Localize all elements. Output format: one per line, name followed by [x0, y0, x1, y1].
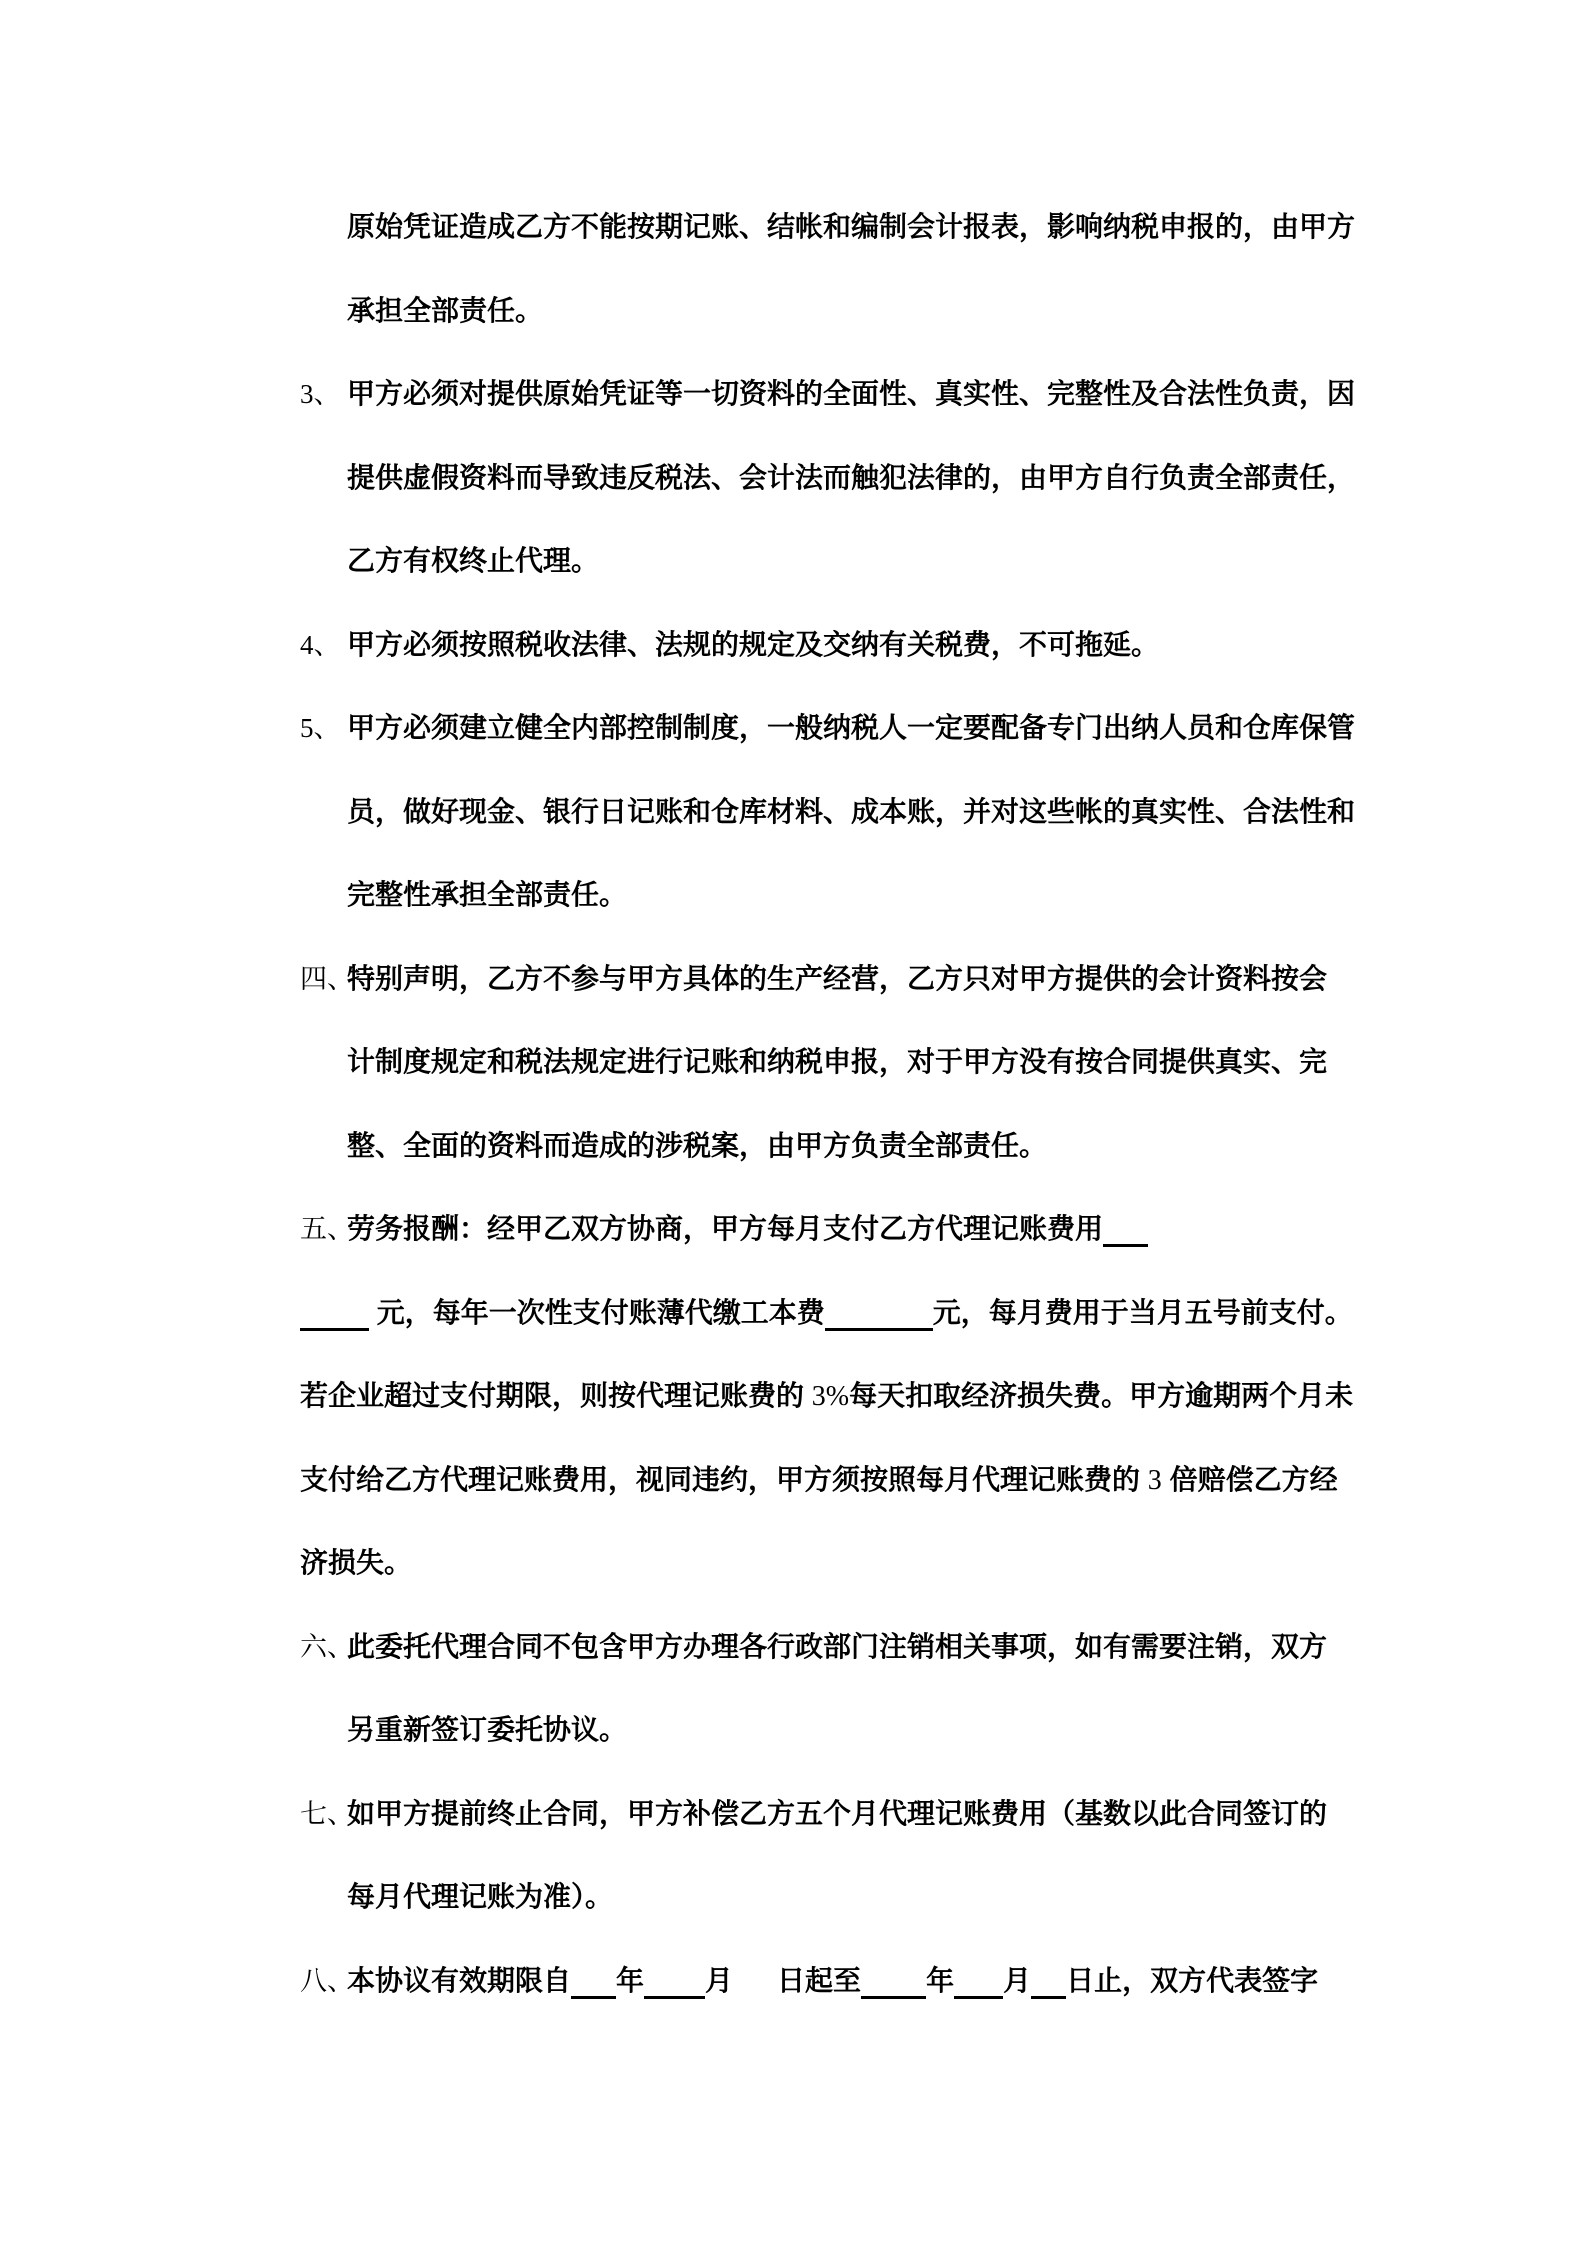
document-line: 承担全部责任。 — [0, 269, 1586, 353]
fill-in-blank — [1103, 1210, 1148, 1247]
text-segment: 甲方必须按照税收法律、法规的规定及交纳有关税费，不可拖延。 — [347, 629, 1159, 660]
fill-in-blank — [571, 1962, 616, 1999]
text-segment: 倍赔偿乙方经 — [1162, 1464, 1338, 1495]
list-marker: 4、 — [300, 604, 347, 688]
document-line: 3、甲方必须对提供原始凭证等一切资料的全面性、真实性、完整性及合法性负责，因 — [0, 352, 1586, 436]
list-marker: 四、 — [300, 938, 347, 1022]
text-segment: 此委托代理合同不包含甲方办理各行政部门注销相关事项，如有需要注销，双方 — [347, 1631, 1327, 1662]
fill-in-blank — [644, 1962, 705, 1999]
document-line: 元，每年一次性支付账薄代缴工本费元，每月费用于当月五号前支付。 — [0, 1271, 1586, 1355]
contract-page: 原始凭证造成乙方不能按期记账、结帐和编制会计报表，影响纳税申报的，由甲方承担全部… — [0, 0, 1586, 2244]
text-segment: 承担全部责任。 — [347, 295, 543, 326]
text-segment: 计制度规定和税法规定进行记账和纳税申报，对于甲方没有按合同提供真实、完 — [347, 1046, 1327, 1077]
document-line: 4、甲方必须按照税收法律、法规的规定及交纳有关税费，不可拖延。 — [0, 603, 1586, 687]
text-segment: 特别声明，乙方不参与甲方具体的生产经营，乙方只对甲方提供的会计资料按会 — [347, 963, 1327, 994]
list-marker: 八、 — [300, 1940, 347, 2024]
text-segment: 年 — [616, 1965, 644, 1996]
document-line: 员，做好现金、银行日记账和仓库材料、成本账，并对这些帐的真实性、合法性和 — [0, 770, 1586, 854]
text-segment: 3% — [812, 1381, 849, 1412]
list-marker: 3、 — [300, 353, 347, 437]
list-marker: 五、 — [300, 1188, 347, 1272]
text-segment: 劳务报酬：经甲乙双方协商，甲方每月支付乙方代理记账费用 — [347, 1213, 1103, 1244]
document-line: 五、劳务报酬：经甲乙双方协商，甲方每月支付乙方代理记账费用 — [0, 1187, 1586, 1271]
fill-in-blank — [861, 1962, 926, 1999]
text-segment: 甲方必须建立健全内部控制制度，一般纳税人一定要配备专门出纳人员和仓库保管 — [347, 712, 1355, 743]
document-line: 原始凭证造成乙方不能按期记账、结帐和编制会计报表，影响纳税申报的，由甲方 — [0, 185, 1586, 269]
document-line: 提供虚假资料而导致违反税法、会计法而触犯法律的，由甲方自行负责全部责任， — [0, 436, 1586, 520]
text-segment: 本协议有效期限自 — [347, 1965, 571, 1996]
document-line: 完整性承担全部责任。 — [0, 853, 1586, 937]
document-line: 四、特别声明，乙方不参与甲方具体的生产经营，乙方只对甲方提供的会计资料按会 — [0, 937, 1586, 1021]
text-segment: 提供虚假资料而导致违反税法、会计法而触犯法律的，由甲方自行负责全部责任， — [347, 462, 1355, 493]
text-segment: 年 — [926, 1965, 954, 1996]
fill-in-blank — [300, 1294, 369, 1331]
document-line: 整、全面的资料而造成的涉税案，由甲方负责全部责任。 — [0, 1104, 1586, 1188]
text-segment: 元，每月费用于当月五号前支付。 — [933, 1297, 1353, 1328]
document-line: 5、甲方必须建立健全内部控制制度，一般纳税人一定要配备专门出纳人员和仓库保管 — [0, 686, 1586, 770]
document-line: 若企业超过支付期限，则按代理记账费的 3%每天扣取经济损失费。甲方逾期两个月未 — [0, 1354, 1586, 1438]
fill-in-blank — [825, 1294, 933, 1331]
text-segment: 支付给乙方代理记账费用，视同违约，甲方须按照每月代理记账费的 — [300, 1464, 1148, 1495]
document-line: 每月代理记账为准）。 — [0, 1855, 1586, 1939]
text-segment: 整、全面的资料而造成的涉税案，由甲方负责全部责任。 — [347, 1130, 1047, 1161]
text-segment: 日止，双方代表签字 — [1066, 1965, 1318, 1996]
text-segment: 济损失。 — [300, 1547, 412, 1578]
fill-in-blank — [954, 1962, 1003, 1999]
text-segment: 每天扣取经济损失费。甲方逾期两个月未 — [849, 1380, 1353, 1411]
text-segment: 3 — [1148, 1465, 1162, 1496]
document-line: 支付给乙方代理记账费用，视同违约，甲方须按照每月代理记账费的 3 倍赔偿乙方经 — [0, 1438, 1586, 1522]
contract-document: 原始凭证造成乙方不能按期记账、结帐和编制会计报表，影响纳税申报的，由甲方承担全部… — [0, 185, 1586, 2022]
text-segment: 员，做好现金、银行日记账和仓库材料、成本账，并对这些帐的真实性、合法性和 — [347, 796, 1355, 827]
text-segment: 若企业超过支付期限，则按代理记账费的 — [300, 1380, 812, 1411]
list-marker: 七、 — [300, 1773, 347, 1857]
text-segment: 月 — [1003, 1965, 1031, 1996]
document-line: 七、如甲方提前终止合同，甲方补偿乙方五个月代理记账费用（基数以此合同签订的 — [0, 1772, 1586, 1856]
text-segment: 乙方有权终止代理。 — [347, 545, 599, 576]
text-segment: 原始凭证造成乙方不能按期记账、结帐和编制会计报表，影响纳税申报的，由甲方 — [347, 211, 1355, 242]
text-segment: 另重新签订委托协议。 — [347, 1714, 627, 1745]
text-segment: 日起至 — [777, 1965, 861, 1996]
fill-in-blank — [1031, 1962, 1066, 1999]
text-segment: 甲方必须对提供原始凭证等一切资料的全面性、真实性、完整性及合法性负责，因 — [347, 378, 1355, 409]
document-line: 济损失。 — [0, 1521, 1586, 1605]
document-line: 八、本协议有效期限自年月日起至年月日止，双方代表签字 — [0, 1939, 1586, 2023]
document-line: 乙方有权终止代理。 — [0, 519, 1586, 603]
text-segment: 如甲方提前终止合同，甲方补偿乙方五个月代理记账费用（基数以此合同签订的 — [347, 1798, 1327, 1829]
text-segment: 完整性承担全部责任。 — [347, 879, 627, 910]
document-line: 六、此委托代理合同不包含甲方办理各行政部门注销相关事项，如有需要注销，双方 — [0, 1605, 1586, 1689]
list-marker: 5、 — [300, 687, 347, 771]
document-line: 另重新签订委托协议。 — [0, 1688, 1586, 1772]
text-segment: 月 — [705, 1965, 733, 1996]
list-marker: 六、 — [300, 1606, 347, 1690]
text-segment: 每月代理记账为准）。 — [347, 1881, 613, 1912]
text-segment: 元，每年一次性支付账薄代缴工本费 — [369, 1297, 825, 1328]
document-line: 计制度规定和税法规定进行记账和纳税申报，对于甲方没有按合同提供真实、完 — [0, 1020, 1586, 1104]
